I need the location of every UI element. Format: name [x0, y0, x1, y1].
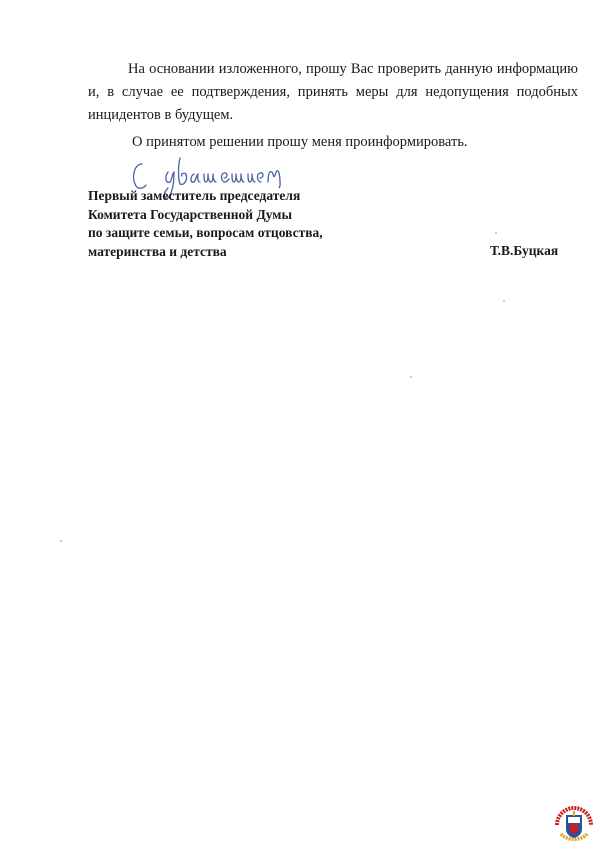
- signatory-title-line: Комитета Государственной Думы: [88, 206, 323, 225]
- signatory-name: Т.В.Буцкая: [490, 243, 558, 259]
- scan-speck: [495, 232, 497, 234]
- signatory-title: Первый заместитель председателя Комитета…: [88, 187, 323, 261]
- signatory-title-line: по защите семьи, вопросам отцовства,: [88, 224, 323, 243]
- scan-speck: [503, 300, 505, 302]
- body-paragraph-request: На основании изложенного, прошу Вас пров…: [88, 58, 578, 127]
- paragraph-text: На основании изложенного, прошу Вас пров…: [88, 61, 578, 123]
- regional-coat-of-arms-logo: [553, 803, 595, 845]
- scan-speck: [410, 376, 412, 378]
- coat-of-arms-icon: [553, 803, 595, 845]
- signatory-title-line: Первый заместитель председателя: [88, 187, 323, 206]
- scan-speck: [60, 540, 62, 542]
- signatory-title-line: материнства и детства: [88, 243, 323, 262]
- body-paragraph-inform: О принятом решении прошу меня проинформи…: [132, 131, 572, 154]
